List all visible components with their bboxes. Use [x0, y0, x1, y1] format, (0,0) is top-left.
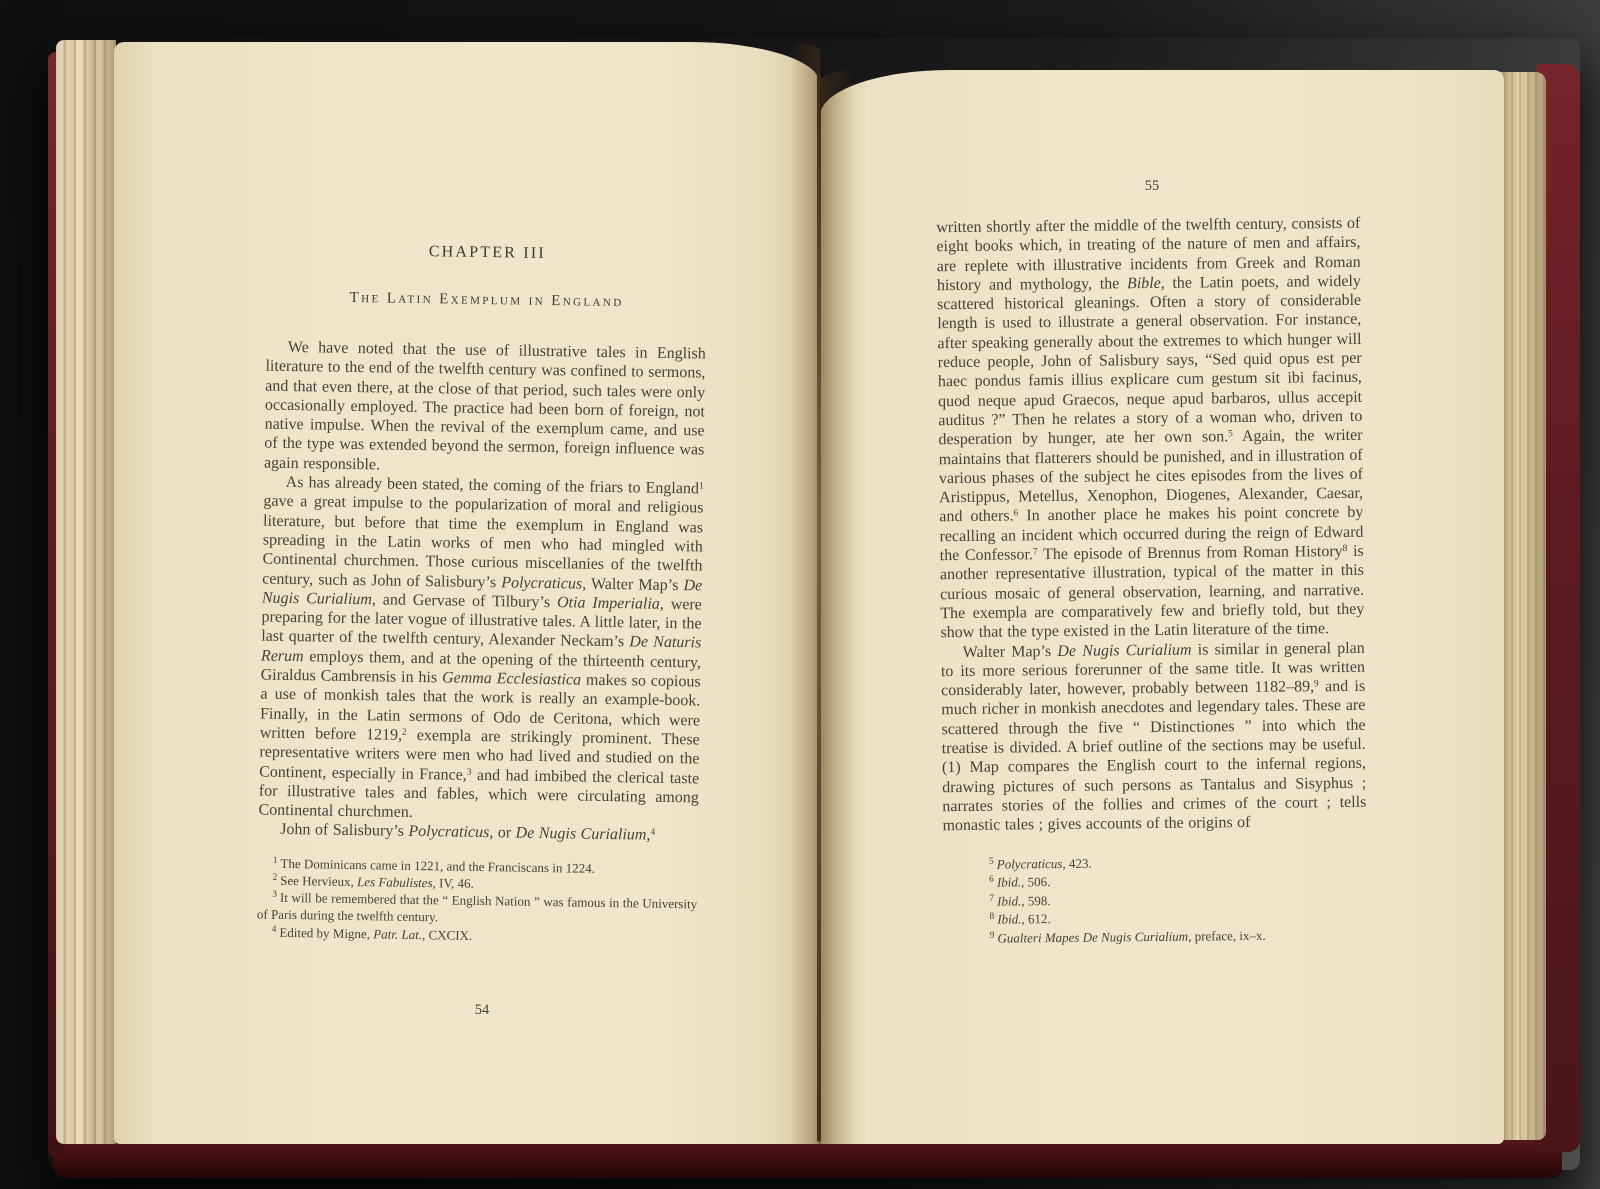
paragraph: Walter Map’s De Nugis Curialium is simil… [941, 638, 1367, 835]
paragraph: written shortly after the middle of the … [936, 214, 1364, 643]
right-page-paragraphs: written shortly after the middle of the … [936, 214, 1366, 836]
left-page-text: CHAPTER III The Latin Exemplum in Englan… [257, 241, 708, 948]
section-heading: The Latin Exemplum in England [267, 289, 707, 313]
paragraph: As has already been stated, the coming o… [258, 473, 703, 827]
right-page-text: written shortly after the middle of the … [936, 214, 1368, 948]
page-fore-edge-right [1500, 72, 1546, 1140]
photo-background: { "colors": { "background": "#1a1a1a", "… [0, 0, 1600, 1189]
paragraph: We have noted that the use of illustrati… [264, 338, 706, 480]
left-page-footnotes: 1The Dominicans came in 1221, and the Fr… [257, 854, 698, 947]
footnote: 9Gualteri Mapes De Nugis Curialium, pref… [990, 925, 1368, 947]
right-page-number: 55 [940, 178, 1364, 195]
page-fore-edge-left [56, 40, 116, 1144]
open-book: CHAPTER III The Latin Exemplum in Englan… [48, 38, 1580, 1170]
left-page-paragraphs: We have noted that the use of illustrati… [258, 338, 706, 847]
book-gutter [817, 74, 821, 1142]
right-page-footnotes: 5Polycraticus, 423.6Ibid., 506.7Ibid., 5… [989, 851, 1368, 947]
left-page-number: 54 [262, 1002, 702, 1019]
